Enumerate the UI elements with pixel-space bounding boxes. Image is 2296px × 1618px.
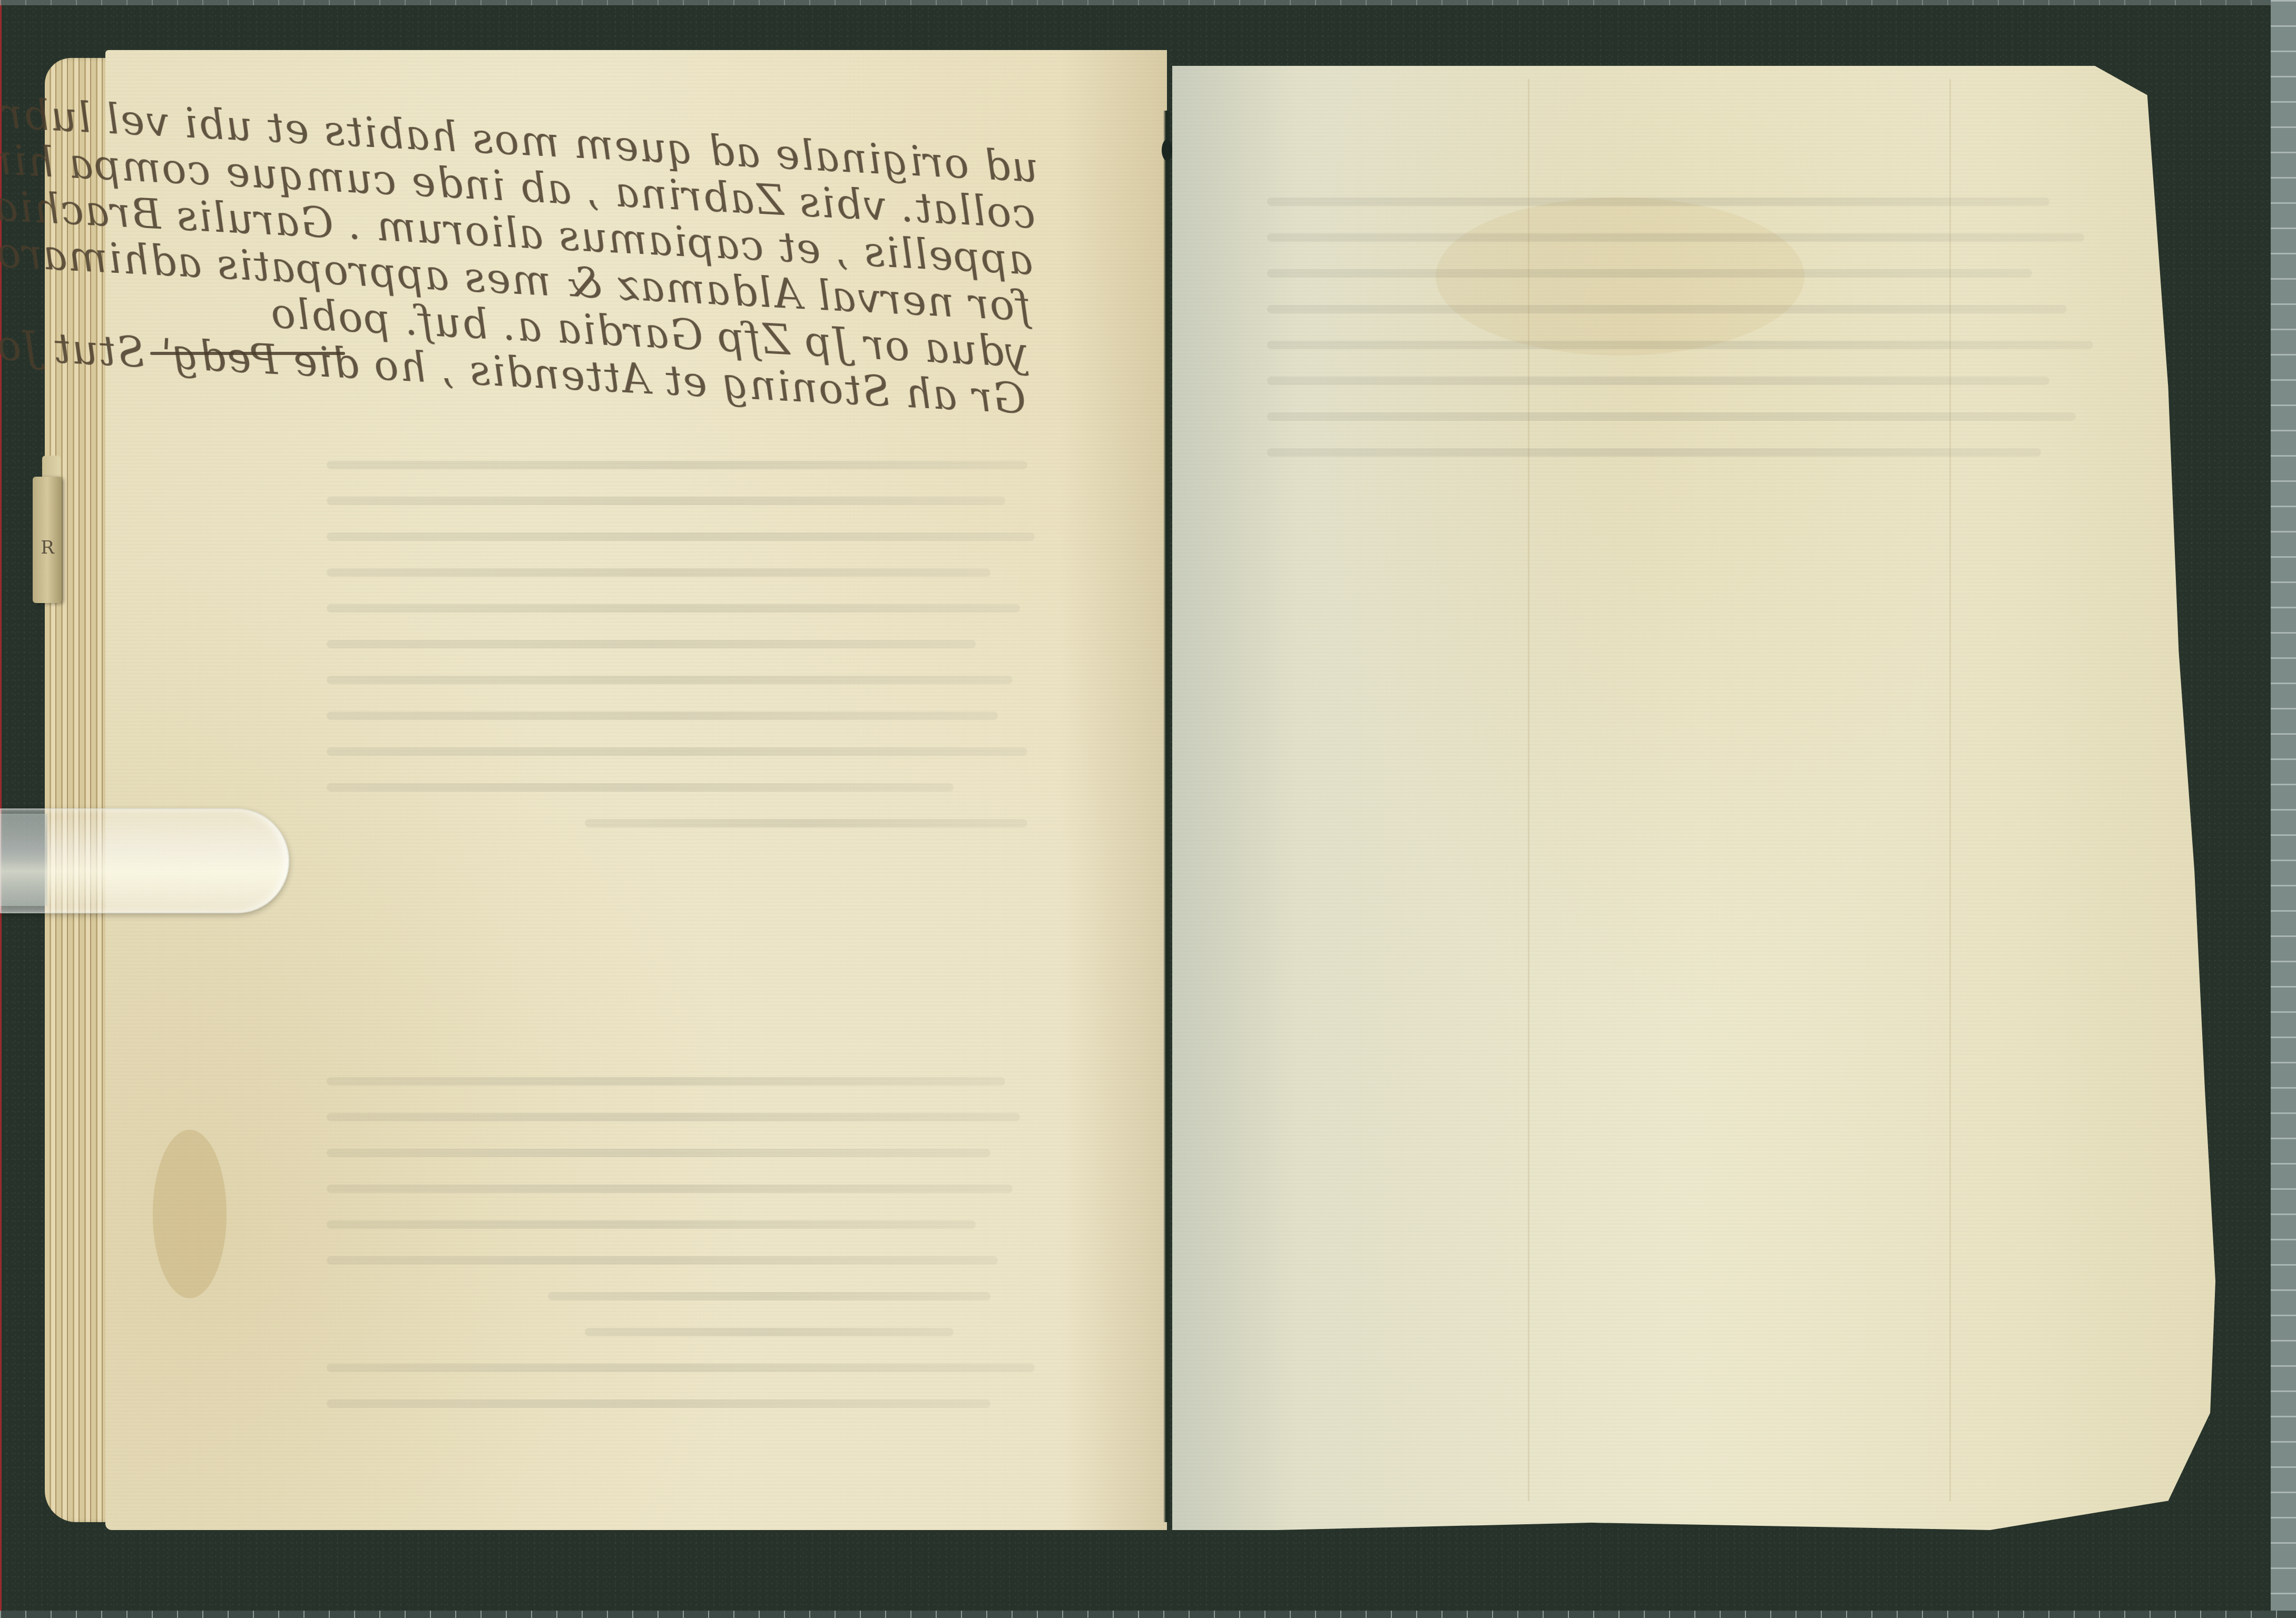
bleed-through-text (327, 461, 1064, 855)
ghost-line (327, 747, 1027, 756)
ghost-line (327, 532, 1035, 541)
ghost-line (327, 461, 1027, 469)
top-ruler (0, 0, 2296, 5)
ghost-line (327, 568, 990, 577)
ghost-line (327, 1256, 998, 1265)
ghost-line (327, 1185, 1013, 1193)
ghost-line (327, 1220, 976, 1229)
ghost-line (327, 712, 998, 720)
fold-line (1528, 79, 1529, 1501)
acrylic-weight-rod (0, 808, 289, 913)
bottom-ruler (0, 1611, 2296, 1618)
foxing-stain (1436, 198, 1804, 356)
ghost-line (327, 783, 954, 792)
ghost-line (548, 1292, 990, 1300)
right-ruler (2271, 0, 2296, 1618)
ghost-line (327, 1364, 1035, 1372)
ghost-line (327, 497, 1005, 505)
water-stain (153, 1130, 227, 1298)
ghost-line (1267, 377, 2049, 385)
ghost-line (585, 1328, 954, 1336)
ghost-line (327, 1149, 990, 1157)
ghost-line (327, 1113, 1020, 1121)
ghost-line (327, 604, 1020, 613)
ghost-line (327, 1399, 990, 1408)
handwritten-rule-line (150, 352, 345, 355)
fold-line (1949, 79, 1951, 1501)
mirrored-handwriting: ud originale ad quem mos habits et ubi v… (120, 97, 1039, 422)
right-page (1172, 66, 2221, 1530)
ghost-line (327, 676, 1013, 684)
tab-label: R (37, 537, 58, 558)
ghost-line (327, 1077, 1005, 1086)
ghost-line (327, 640, 976, 648)
ghost-line (585, 819, 1027, 827)
ghost-line (1267, 412, 2076, 421)
ghost-line (1267, 448, 2041, 457)
book-gutter (1163, 111, 1171, 1522)
ink-blot (1162, 140, 1172, 161)
bleed-through-text-lower (327, 1077, 1064, 1435)
